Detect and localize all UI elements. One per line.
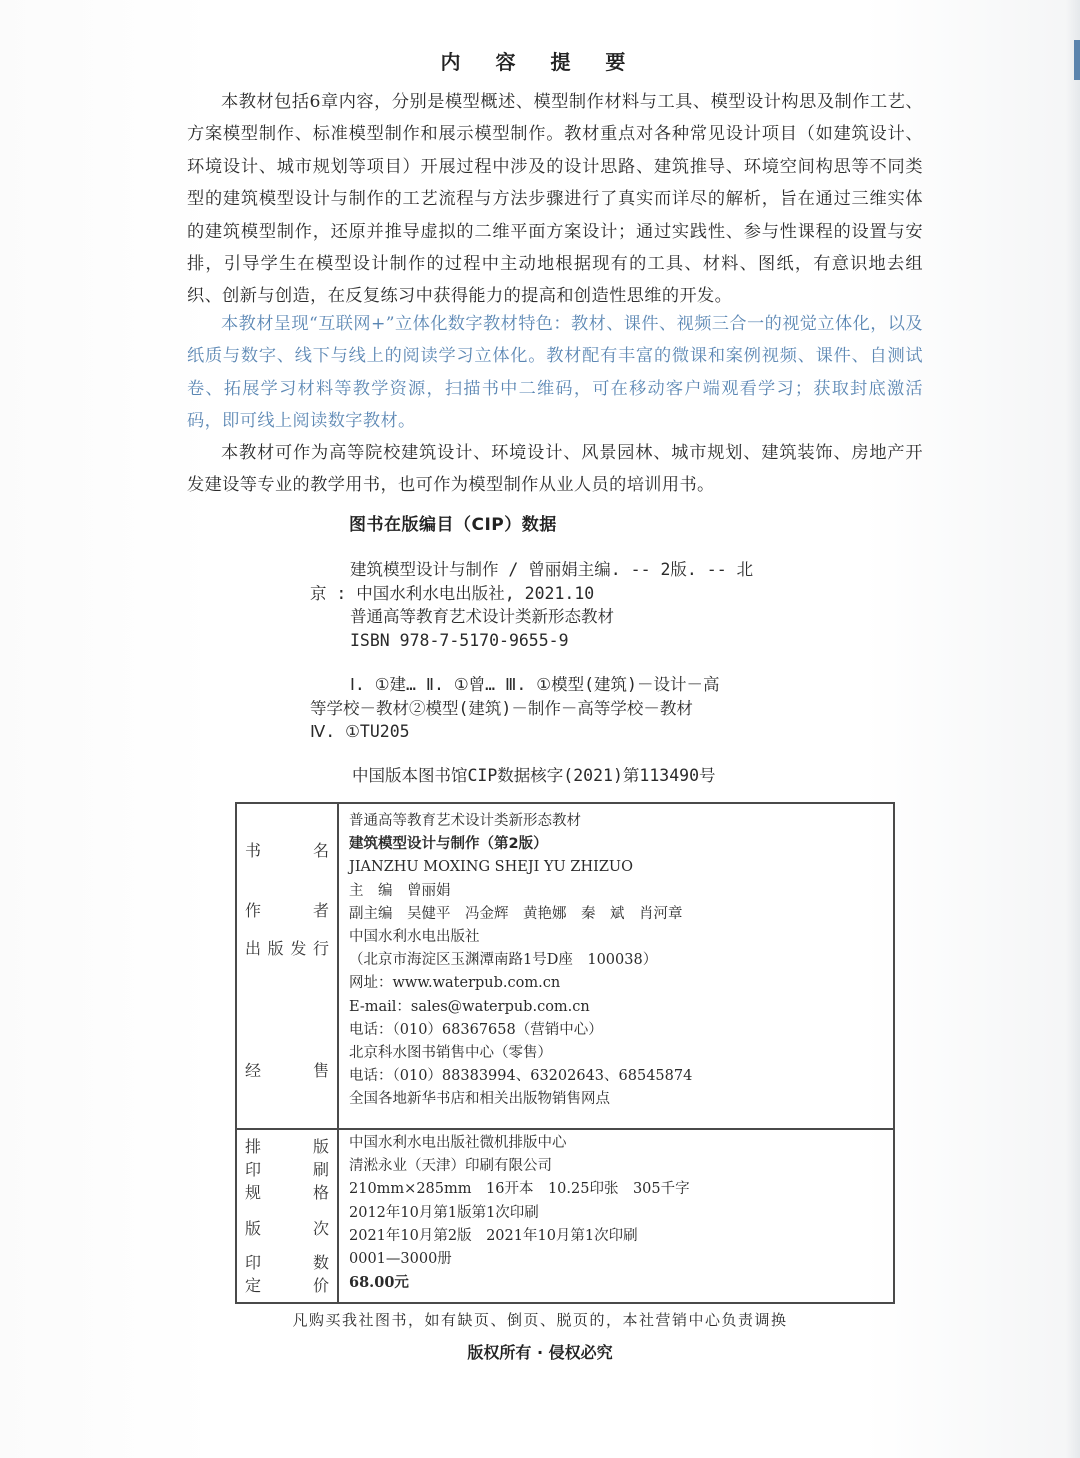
copyright-notice: 版权所有 · 侵权必究 bbox=[0, 1340, 1080, 1363]
label-author: 作 者 bbox=[245, 898, 329, 921]
table-group-publication: 书 名 作 者 出 版 发 行 经 售 bbox=[236, 803, 894, 1129]
label-specs: 规 格 bbox=[245, 1180, 329, 1203]
distributor-network: 全国各地新华书店和相关出版物销售网点 bbox=[349, 1088, 885, 1111]
publication-info-table: 书 名 作 者 出 版 发 行 经 售 bbox=[235, 802, 895, 1304]
production-values: 中国水利水电出版社微机排版中心 清淞永业（天津）印刷有限公司 210mm×285… bbox=[338, 1129, 894, 1303]
cip-record: 建筑模型设计与制作 / 曾丽娟主编. -- 2版. -- 北 京 : 中国水利水… bbox=[310, 558, 850, 652]
edition-first: 2012年10月第1版第1次印刷 bbox=[349, 1202, 885, 1225]
summary-paragraph-digital-features: 本教材呈现“互联网+”立体化数字教材特色：教材、课件、视频三合一的视觉立体化，以… bbox=[187, 308, 923, 438]
cip-line-series: 普通高等教育艺术设计类新形态教材 bbox=[310, 605, 850, 629]
label-stack: 排 版 印 刷 规 格 版 次 bbox=[245, 1130, 329, 1302]
book-title: 建筑模型设计与制作（第2版） bbox=[349, 833, 885, 856]
price-value: 68.00元 bbox=[349, 1271, 885, 1294]
cip-line-title: 建筑模型设计与制作 / 曾丽娟主编. -- 2版. -- 北 bbox=[310, 558, 850, 582]
distributor-phone: 电话：（010）88383994、63202643、68545874 bbox=[349, 1065, 885, 1088]
label-typesetting: 排 版 bbox=[245, 1134, 329, 1157]
typesetting-value: 中国水利水电出版社微机排版中心 bbox=[349, 1132, 885, 1155]
label-printing: 印 刷 bbox=[245, 1157, 329, 1180]
publisher-email: E-mail：sales@waterpub.com.cn bbox=[349, 996, 885, 1019]
label-title: 书 名 bbox=[245, 838, 329, 861]
table-group-production: 排 版 印 刷 规 格 版 次 bbox=[236, 1129, 894, 1303]
editor: 主 编 曾丽娟 bbox=[349, 880, 885, 903]
cip-classification: Ⅰ. ①建… Ⅱ. ①曾… Ⅲ. ①模型(建筑)－设计－高 等学校－教材②模型(… bbox=[310, 673, 850, 744]
cip-class-line-2: 等学校－教材②模型(建筑)－制作－高等学校－教材 bbox=[310, 697, 850, 721]
publisher-website: 网址：www.waterpub.com.cn bbox=[349, 972, 885, 995]
printing-value: 清淞永业（天津）印刷有限公司 bbox=[349, 1155, 885, 1178]
cip-record-number: 中国版本图书馆CIP数据核字(2021)第113490号 bbox=[352, 762, 716, 786]
cip-line-publisher: 京 : 中国水利水电出版社, 2021.10 bbox=[310, 582, 850, 606]
label-stack: 书 名 作 者 出 版 发 行 经 售 bbox=[245, 804, 329, 1128]
summary-title: 内 容 提 要 bbox=[0, 46, 1080, 75]
pinyin-title: JIANZHU MOXING SHEJI YU ZHIZUO bbox=[349, 856, 885, 879]
publisher-phone: 电话：（010）68367658（营销中心） bbox=[349, 1019, 885, 1042]
cip-class-line-1: Ⅰ. ①建… Ⅱ. ①曾… Ⅲ. ①模型(建筑)－设计－高 bbox=[310, 673, 850, 697]
page-edge-shadow bbox=[1066, 0, 1080, 1458]
cip-class-line-3: Ⅳ. ①TU205 bbox=[310, 720, 850, 744]
book-page: 内 容 提 要 本教材包括6章内容，分别是模型概述、模型制作材料与工具、模型设计… bbox=[0, 0, 1080, 1458]
label-column: 书 名 作 者 出 版 发 行 经 售 bbox=[236, 803, 338, 1129]
print-run-value: 0001—3000册 bbox=[349, 1248, 885, 1271]
associate-editors: 副主编 吴健平 冯金辉 黄艳娜 秦 斌 肖河章 bbox=[349, 903, 885, 926]
distributor-name: 北京科水图书销售中心（零售） bbox=[349, 1042, 885, 1065]
specs-value: 210mm×285mm 16开本 10.25印张 305千字 bbox=[349, 1178, 885, 1201]
label-print-run: 印 数 bbox=[245, 1250, 329, 1273]
cip-line-isbn: ISBN 978-7-5170-9655-9 bbox=[310, 629, 850, 653]
label-publisher: 出 版 发 行 bbox=[245, 936, 329, 959]
label-edition: 版 次 bbox=[245, 1216, 329, 1239]
series-name: 普通高等教育艺术设计类新形态教材 bbox=[349, 810, 885, 833]
publisher-address: （北京市海淀区玉渊潭南路1号D座 100038） bbox=[349, 949, 885, 972]
publisher-name: 中国水利水电出版社 bbox=[349, 926, 885, 949]
publication-values: 普通高等教育艺术设计类新形态教材 建筑模型设计与制作（第2版） JIANZHU … bbox=[338, 803, 894, 1129]
edition-second: 2021年10月第2版 2021年10月第1次印刷 bbox=[349, 1225, 885, 1248]
label-column: 排 版 印 刷 规 格 版 次 bbox=[236, 1129, 338, 1303]
cip-heading: 图书在版编目（CIP）数据 bbox=[349, 510, 557, 535]
label-price: 定 价 bbox=[245, 1273, 329, 1296]
replacement-notice: 凡购买我社图书，如有缺页、倒页、脱页的，本社营销中心负责调换 bbox=[0, 1309, 1080, 1330]
summary-paragraph-audience: 本教材可作为高等院校建筑设计、环境设计、风景园林、城市规划、建筑装饰、房地产开发… bbox=[187, 437, 923, 502]
label-distributor: 经 售 bbox=[245, 1058, 329, 1081]
summary-paragraph-contents: 本教材包括6章内容，分别是模型概述、模型制作材料与工具、模型设计构思及制作工艺、… bbox=[187, 86, 923, 313]
